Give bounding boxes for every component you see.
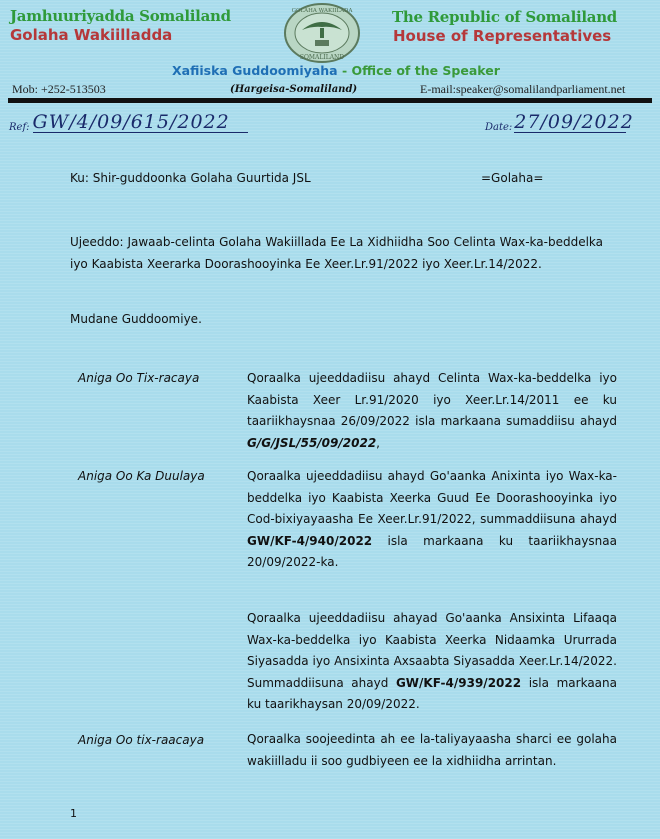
header-right-republic: The Republic of Somaliland: [392, 8, 617, 26]
ref-value: GW/4/09/615/2022: [33, 112, 248, 133]
svg-text:SOMALILAND: SOMALILAND: [300, 54, 344, 61]
section-paragraph: Qoraalka ujeeddadiisu ahayad Go'aanka An…: [247, 608, 617, 716]
svg-text:GOLAHA WAKIILADA: GOLAHA WAKIILADA: [292, 8, 354, 14]
reference-code: GW/KF-4/939/2022: [396, 676, 521, 690]
office-separator: -: [338, 63, 352, 78]
section-paragraph: Qoraalka ujeeddadiisu ahayd Celinta Wax-…: [247, 368, 617, 454]
header-left-republic: Jamhuuriyadda Somaliland: [10, 7, 231, 25]
addressee: Ku: Shir-guddoonka Golaha Guurtida JSL: [70, 168, 311, 189]
header-left-house: Golaha Wakiilladda: [10, 26, 172, 44]
addressee-body: =Golaha=: [481, 168, 543, 189]
date-label: Date:: [485, 122, 512, 133]
section-paragraph: Qoraalka ujeeddadiisu ahayd Go'aanka Ani…: [247, 466, 617, 574]
section-paragraph: Qoraalka soojeedinta ah ee la-taliyayaas…: [247, 729, 617, 772]
header-divider: [8, 98, 652, 103]
section-label: Aniga Oo tix-raacaya: [78, 733, 204, 747]
email-address: E-mail:speaker@somalilandparliament.net: [420, 82, 625, 97]
city-name: (Hargeisa-Somaliland): [230, 84, 357, 95]
subject-line: Ujeeddo: Jawaab-celinta Golaha Wakiillad…: [70, 231, 603, 275]
reference-code: G/G/JSL/55/09/2022: [247, 436, 376, 450]
reference-field: Ref: GW/4/09/615/2022: [9, 112, 248, 133]
office-title: Xafiiska Guddoomiyaha - Office of the Sp…: [172, 63, 500, 78]
mobile-number: Mob: +252-513503: [12, 82, 106, 97]
ref-label: Ref:: [9, 122, 30, 133]
date-value: 27/09/2022: [514, 112, 626, 133]
header-right-house: House of Representatives: [393, 27, 611, 45]
section-label: Aniga Oo Ka Duulaya: [78, 469, 205, 483]
office-english: Office of the Speaker: [352, 63, 500, 78]
date-field: Date: 27/09/2022: [485, 112, 626, 133]
office-somali: Xafiiska Guddoomiyaha: [172, 63, 338, 78]
reference-code: GW/KF-4/940/2022: [247, 534, 372, 548]
salutation: Mudane Guddoomiye.: [70, 309, 202, 330]
section-label: Aniga Oo Tix-racaya: [78, 371, 199, 385]
parliament-seal-icon: GOLAHA WAKIILADA SOMALILAND: [282, 2, 362, 64]
page-number: 1: [70, 803, 77, 824]
